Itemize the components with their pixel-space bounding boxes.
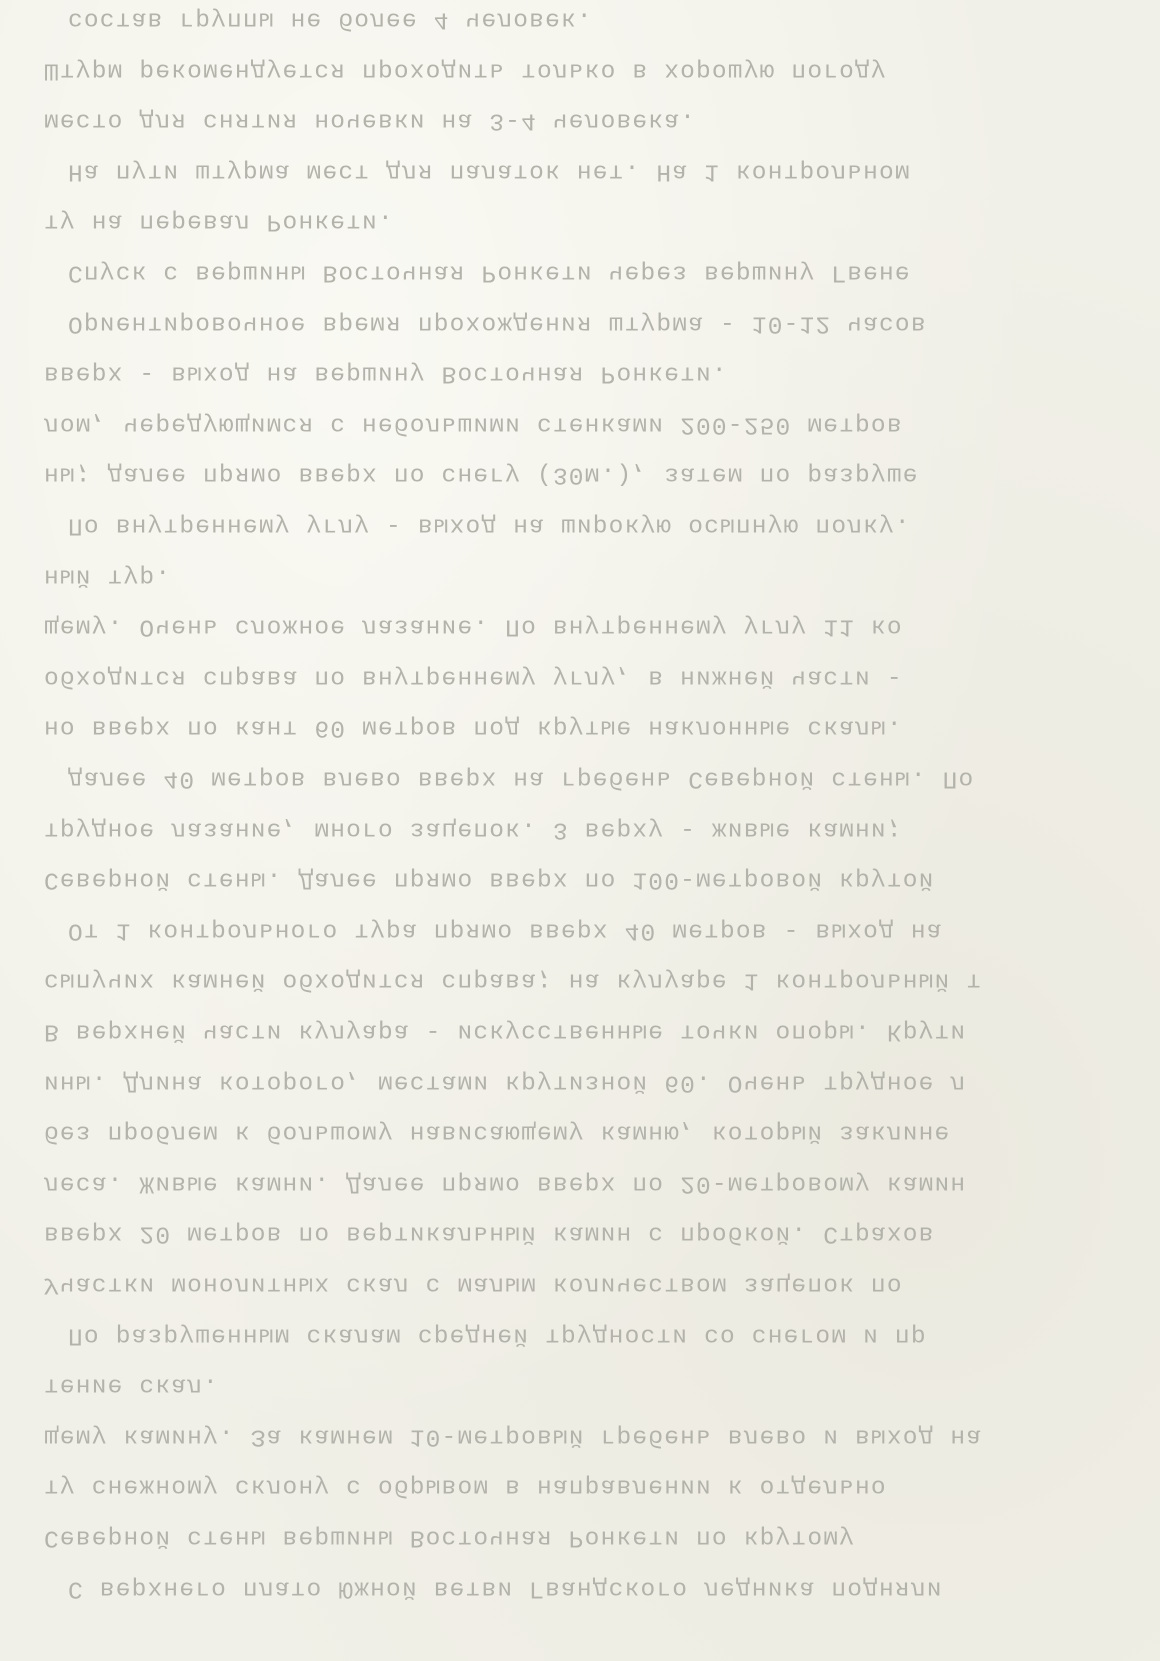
text-line: обходится справа по внутреннему углу, в … <box>44 664 903 689</box>
text-line: Штурм рекомендуется проходить только в х… <box>44 57 887 82</box>
text-line: сыпучих камней обходится справа; на кулу… <box>44 967 982 992</box>
text-line: трудное лазание, много зацепок. 3 верху … <box>44 816 903 841</box>
scanned-page: состав группы не более 4 человек.Штурм р… <box>0 0 1160 1661</box>
text-line: леса. Живые камни. Далее прямо вверх по … <box>44 1170 966 1195</box>
text-line: далее 40 метров влево вверх на гребень С… <box>68 765 974 790</box>
text-line: Спуск с вершины Восточная Ронкети через … <box>68 259 911 284</box>
text-line: По разрушенным скалам средней трудности … <box>68 1322 927 1347</box>
text-line: С верхнего плато Южной ветви Гвандского … <box>68 1575 943 1600</box>
text-line: На пути штурма мест для палаток нет. На … <box>68 158 911 183</box>
text-line: ный тур. <box>44 563 171 588</box>
text-line: но вверх по кант 60 метров под крутые на… <box>44 714 903 739</box>
text-line: Ориентировочное время прохождения штурма… <box>68 310 927 335</box>
text-line: щему камину. За камнем 10-метровый гребе… <box>44 1423 982 1448</box>
text-line: ны; далее прямо вверх по снегу (30м.), з… <box>44 461 919 486</box>
text-line: Участки монолитных скал с малым количест… <box>44 1271 903 1296</box>
text-line: По внутреннему углу - выход на широкую о… <box>68 512 911 537</box>
text-line: щему. Очень сложное лазание. По внутренн… <box>44 613 903 638</box>
text-line: вверх - выход на вершину Восточная Ронке… <box>44 360 728 385</box>
text-line: ту на перевал Ронкети. <box>44 208 394 233</box>
text-line: лом, чередующимся с небольшими стенками … <box>44 411 903 436</box>
text-line: Северной стены вершины Восточная Ронкети… <box>44 1524 855 1549</box>
text-line: ины. Длина которого, местами крутизной 6… <box>44 1069 966 1094</box>
text-line: место для снятия ночевки на 3-4 человека… <box>44 107 696 132</box>
text-line: состав группы не более 4 человек. <box>68 6 593 31</box>
text-line: Северной стены. Далее прямо вверх по 100… <box>44 866 935 891</box>
text-line: вверх 20 метров по вертикальный камин с … <box>44 1220 935 1245</box>
text-line: ту снежному склону с обрывом в направлен… <box>44 1473 887 1498</box>
text-line: тение скал. <box>44 1372 219 1397</box>
text-line: В верхней части кулуара - искусственные … <box>44 1018 966 1043</box>
text-line: без проблем к большому нависающему камню… <box>44 1119 950 1144</box>
text-line: От 1 контрольного тура прямо вверх 40 ме… <box>68 917 943 942</box>
